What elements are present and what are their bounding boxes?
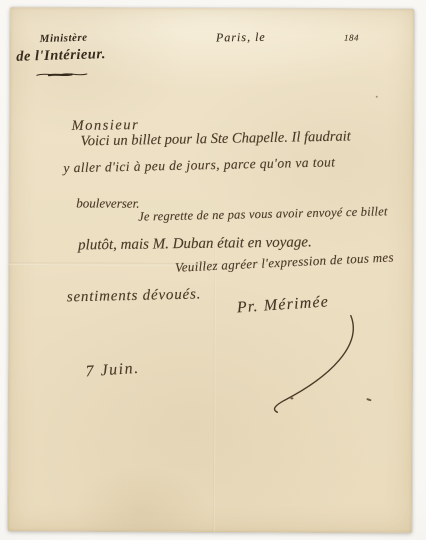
- body-line-3: bouleverser.: [76, 195, 139, 211]
- letterhead-ministry: Ministère: [15, 31, 111, 46]
- body-line-6: Veuillez agréer l'expression de tous mes: [175, 249, 395, 275]
- letter-photograph: Ministère de l'Intérieur. Paris, le 184 …: [0, 0, 426, 540]
- dateline-year-preprint: 184: [344, 33, 359, 43]
- body-line-2: y aller d'ici à peu de jours, parce qu'o…: [63, 154, 335, 176]
- vertical-fold-crease: [213, 243, 216, 532]
- body-line-1: Voici un billet pour la Ste Chapelle. Il…: [80, 128, 351, 150]
- letterhead: Ministère de l'Intérieur.: [15, 31, 112, 66]
- ink-speck: [366, 398, 371, 401]
- body-line-4: Je regrette de ne pas vous avoir envoyé …: [138, 204, 388, 224]
- letterhead-interior: de l'Intérieur.: [16, 46, 112, 66]
- body-line-5: plutôt, mais M. Duban était en voyage.: [78, 234, 312, 254]
- body-line-7: sentiments dévoués.: [67, 286, 202, 306]
- ink-speck: [376, 96, 378, 98]
- letter-sheet: Ministère de l'Intérieur. Paris, le 184 …: [8, 7, 414, 533]
- signature-paraph-icon: [256, 312, 366, 416]
- footer-date: 7 Juin.: [85, 360, 140, 381]
- letterhead-flourish-icon: [36, 69, 88, 79]
- dateline-place: Paris, le: [216, 30, 266, 46]
- ink-speck: [290, 397, 293, 399]
